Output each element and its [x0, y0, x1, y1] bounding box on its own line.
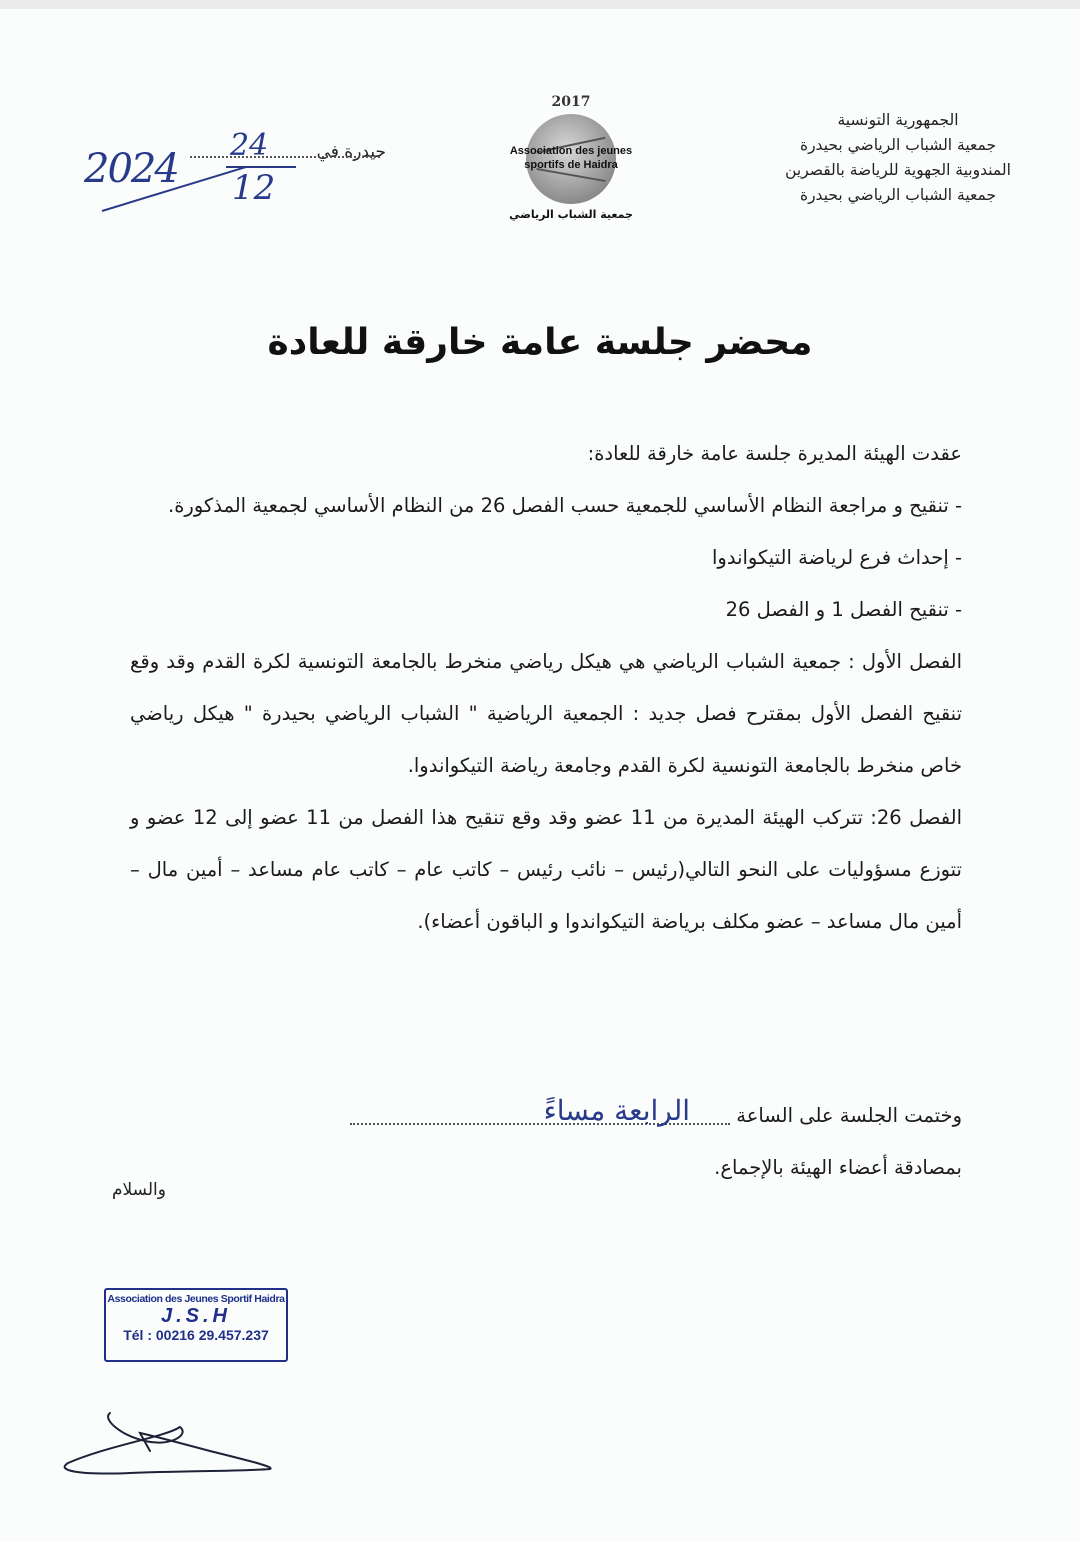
letterhead-line: جمعية الشباب الرياضي بحيدرة — [758, 183, 1038, 208]
handwritten-time: الرابعة مساءً — [544, 1085, 690, 1137]
article-1-paragraph: الفصل الأول : جمعية الشباب الرياضي هي هي… — [130, 636, 962, 792]
closing-time-line: وختمت الجلسة على الساعة الرابعة مساءً — [262, 1090, 962, 1142]
agenda-item: - تنقيح الفصل 1 و الفصل 26 — [130, 584, 962, 636]
letterhead-line: جمعية الشباب الرياضي بحيدرة — [758, 133, 1038, 158]
handwritten-year: 2024 — [84, 146, 178, 192]
closing-time-dotted-line: الرابعة مساءً — [350, 1109, 730, 1125]
logo-name-line1: Association des jeunes — [496, 144, 646, 158]
article-26-paragraph: الفصل 26: تتركب الهيئة المديرة من 11 عضو… — [130, 792, 962, 948]
letterhead-line: الجمهورية التونسية — [758, 108, 1038, 133]
logo-arabic-arc: جمعية الشباب الرياضي — [496, 208, 646, 221]
stamp-acronym: J.S.H — [106, 1305, 286, 1327]
viewer-top-bar — [0, 0, 1080, 9]
stamp-phone: Tél : 00216 29.457.237 — [106, 1327, 286, 1343]
approval-line: بمصادقة أعضاء الهيئة بالإجماع. — [262, 1142, 962, 1194]
salutation: والسلام — [112, 1180, 166, 1200]
closing-time-label: وختمت الجلسة على الساعة — [736, 1104, 962, 1127]
handwritten-day: 24 — [230, 128, 268, 163]
document-title: محضر جلسة عامة خارقة للعادة — [0, 322, 1080, 363]
letterhead-line: المندوبية الجهوية للرياضة بالقصرين — [758, 158, 1038, 183]
official-stamp: Association des Jeunes Sportif Haidra J.… — [104, 1288, 288, 1362]
date-field: حيدرة في 24 12 2024 — [80, 128, 400, 248]
date-dotted-line — [190, 156, 380, 158]
stamp-association-name: Association des Jeunes Sportif Haidra — [106, 1293, 286, 1305]
closing-section: وختمت الجلسة على الساعة الرابعة مساءً بم… — [262, 1090, 962, 1194]
logo-year: 2017 — [496, 94, 646, 110]
club-logo: 2017 Association des jeunes sportifs de … — [496, 92, 646, 232]
handwritten-month: 12 — [232, 168, 275, 208]
signature-icon — [50, 1405, 280, 1485]
intro-line: عقدت الهيئة المديرة جلسة عامة خارقة للعا… — [130, 428, 962, 480]
logo-name: Association des jeunes sportifs de Haidr… — [496, 144, 646, 172]
logo-name-line2: sportifs de Haidra — [496, 158, 646, 172]
date-label: حيدرة في — [317, 142, 386, 162]
agenda-item: - إحداث فرع لرياضة التيكواندوا — [130, 532, 962, 584]
letterhead: الجمهورية التونسية جمعية الشباب الرياضي … — [758, 108, 1038, 208]
agenda-item: - تنقيح و مراجعة النظام الأساسي للجمعية … — [130, 480, 962, 532]
document-body: عقدت الهيئة المديرة جلسة عامة خارقة للعا… — [130, 428, 962, 948]
